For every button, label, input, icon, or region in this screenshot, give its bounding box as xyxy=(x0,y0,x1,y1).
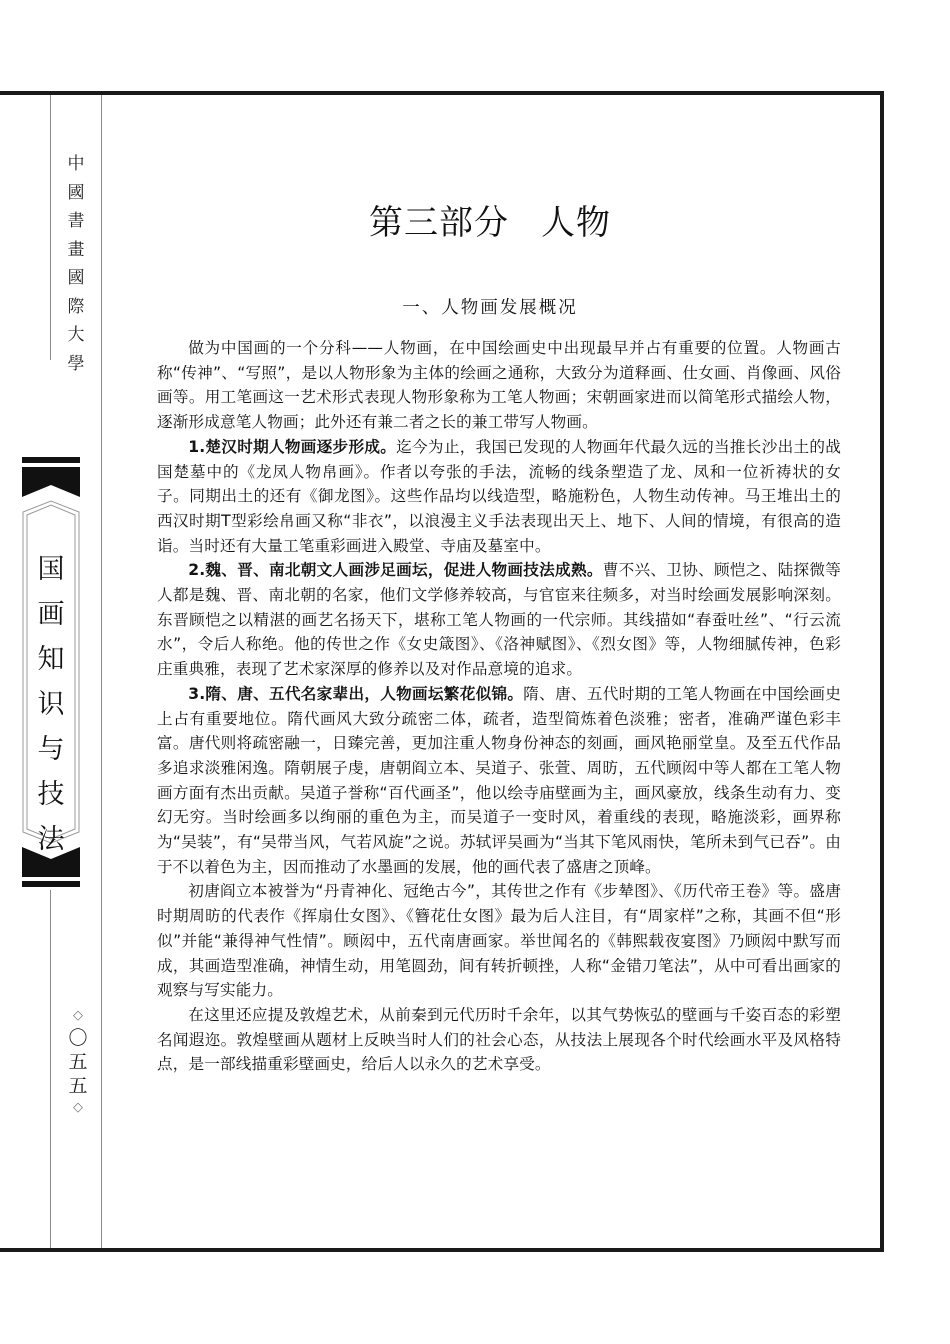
page-frame-top-border xyxy=(0,91,884,95)
page-number-digit: 〇 xyxy=(68,1026,87,1050)
article-body: 做为中国画的一个分科——人物画，在中国绘画史中出现最早并占有重要的位置。人物画古… xyxy=(157,336,841,1077)
book-title-banner: 国 画 知 识 与 技 法 xyxy=(22,457,80,887)
rail-title-char: 大 xyxy=(68,321,85,350)
page-number-digit: 五 xyxy=(68,1074,87,1098)
rail-title-char: 國 xyxy=(68,179,85,208)
chapter-part-label: 第三部分 xyxy=(369,203,509,243)
diamond-ornament-icon: ◇ xyxy=(73,1006,83,1026)
banner-char: 国 xyxy=(38,547,65,592)
banner-top-notch-icon xyxy=(22,467,80,497)
page-number-digit: 五 xyxy=(68,1050,87,1074)
banner-char: 技 xyxy=(38,772,65,817)
paragraph: 3.隋、唐、五代名家辈出，人物画坛繁花似锦。隋、唐、五代时期的工笔人物画在中国绘… xyxy=(157,682,841,880)
page-number: ◇ 〇 五 五 ◇ xyxy=(62,1006,94,1118)
banner-bottom-bar xyxy=(22,881,80,887)
banner-top-bar xyxy=(22,457,80,463)
rail-guide-line-outer-bottom xyxy=(50,890,51,1248)
banner-char: 识 xyxy=(38,682,65,727)
rail-title-char: 學 xyxy=(68,350,85,379)
rail-title-char: 書 xyxy=(68,207,85,236)
banner-char: 法 xyxy=(38,817,65,862)
paragraph: 1.楚汉时期人物画逐步形成。迄今为止，我国已发现的人物画年代最久远的当推长沙出土… xyxy=(157,435,841,559)
chapter-name: 人物 xyxy=(541,203,611,243)
page-frame-bottom-border xyxy=(0,1248,884,1252)
rail-publisher-title: 中 國 書 畫 國 際 大 學 xyxy=(58,150,94,378)
paragraph: 初唐阎立本被誉为“丹青神化、冠绝古今”，其传世之作有《步辇图》、《历代帝王卷》等… xyxy=(157,879,841,1003)
banner-char: 画 xyxy=(38,592,65,637)
section-heading: 一、人物画发展概况 xyxy=(140,294,840,319)
paragraph: 在这里还应提及敦煌艺术，从前秦到元代历时千余年，以其气势恢弘的壁画与千姿百态的彩… xyxy=(157,1003,841,1077)
banner-book-title: 国 画 知 识 与 技 法 xyxy=(22,547,80,862)
rail-title-char: 畫 xyxy=(68,236,85,265)
rail-title-char: 國 xyxy=(68,264,85,293)
paragraph: 做为中国画的一个分科——人物画，在中国绘画史中出现最早并占有重要的位置。人物画古… xyxy=(157,336,841,435)
paragraph-lead: 1.楚汉时期人物画逐步形成。 xyxy=(188,438,396,456)
rail-title-char: 中 xyxy=(68,150,85,179)
diamond-ornament-icon: ◇ xyxy=(73,1098,83,1118)
paragraph: 2.魏、晋、南北朝文人画涉足画坛，促进人物画技法成熟。曹不兴、卫协、顾恺之、陆探… xyxy=(157,558,841,682)
paragraph-lead: 3.隋、唐、五代名家辈出，人物画坛繁花似锦。 xyxy=(188,685,523,703)
page-frame-right-border xyxy=(880,91,884,1252)
banner-char: 知 xyxy=(38,637,65,682)
rail-guide-line-inner xyxy=(101,95,102,1248)
rail-guide-line-outer-top xyxy=(50,95,51,360)
rail-title-char: 際 xyxy=(68,293,85,322)
banner-char: 与 xyxy=(38,727,65,772)
chapter-title: 第三部分人物 xyxy=(140,195,840,244)
paragraph-lead: 2.魏、晋、南北朝文人画涉足画坛，促进人物画技法成熟。 xyxy=(188,561,603,579)
